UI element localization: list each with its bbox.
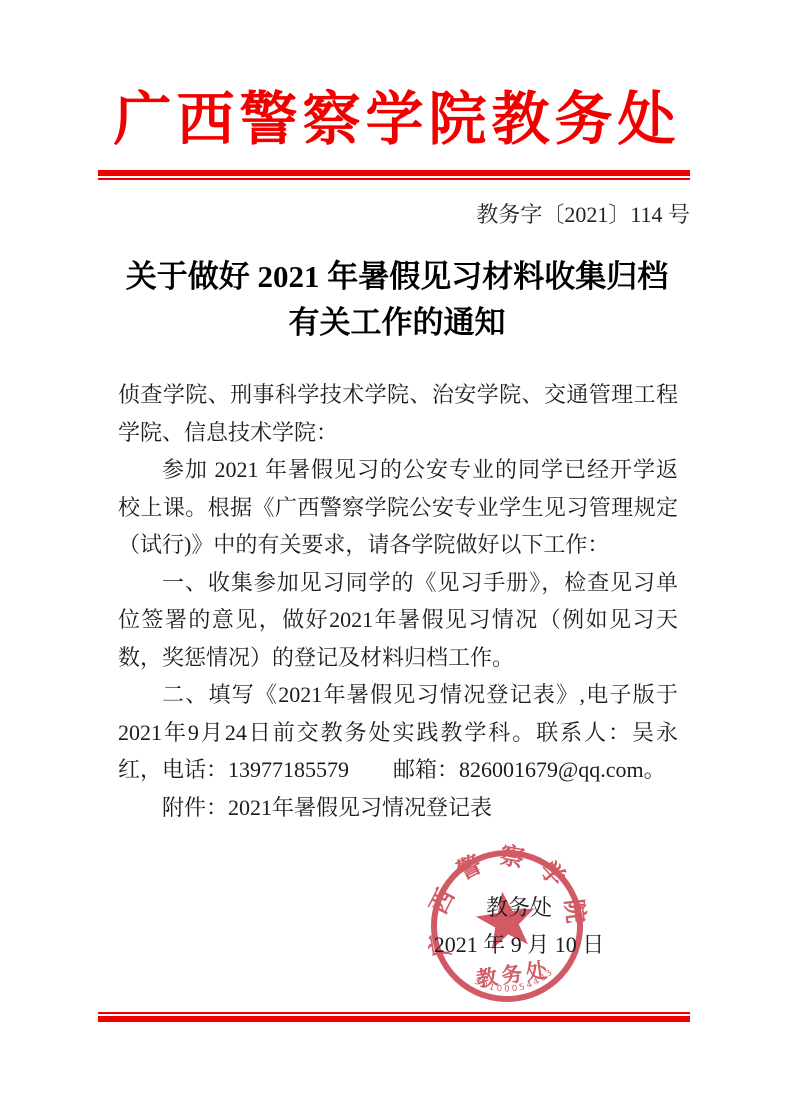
document-page: 广西警察学院教务处 教务字〔2021〕114 号 关于做好 2021 年暑假见习…	[0, 0, 794, 1108]
document-body: 侦查学院、刑事科学技术学院、治安学院、交通管理工程学院、信息技术学院： 参加 2…	[118, 376, 678, 826]
document-title-line2: 有关工作的通知	[0, 300, 794, 346]
salutation-line: 侦查学院、刑事科学技术学院、治安学院、交通管理工程学院、信息技术学院：	[118, 376, 678, 451]
document-title: 关于做好 2021 年暑假见习材料收集归档 有关工作的通知	[0, 254, 794, 346]
body-paragraph-item1: 一、收集参加见习同学的《见习手册》，检查见习单位签署的意见，做好2021年暑假见…	[118, 564, 678, 677]
signature-date: 2021 年 9 月 10 日	[378, 926, 660, 963]
document-number: 教务字〔2021〕114 号	[476, 198, 690, 229]
footer-divider-thick-line	[98, 1016, 690, 1022]
letterhead-divider-thick-line	[98, 170, 690, 176]
letterhead-divider-thin-line	[98, 178, 690, 180]
body-paragraph-intro: 参加 2021 年暑假见习的公安专业的同学已经开学返校上课。根据《广西警察学院公…	[118, 451, 678, 564]
letterhead-org-name: 广西警察学院教务处	[0, 72, 794, 156]
document-title-line1: 关于做好 2021 年暑假见习材料收集归档	[0, 254, 794, 300]
signature-block: 教务处 2021 年 9 月 10 日	[378, 889, 660, 963]
letterhead-divider	[98, 170, 690, 180]
signature-department: 教务处	[378, 889, 660, 926]
body-paragraph-item2: 二、填写《2021年暑假见习情况登记表》,电子版于2021年9月24日前交教务处…	[118, 676, 678, 789]
